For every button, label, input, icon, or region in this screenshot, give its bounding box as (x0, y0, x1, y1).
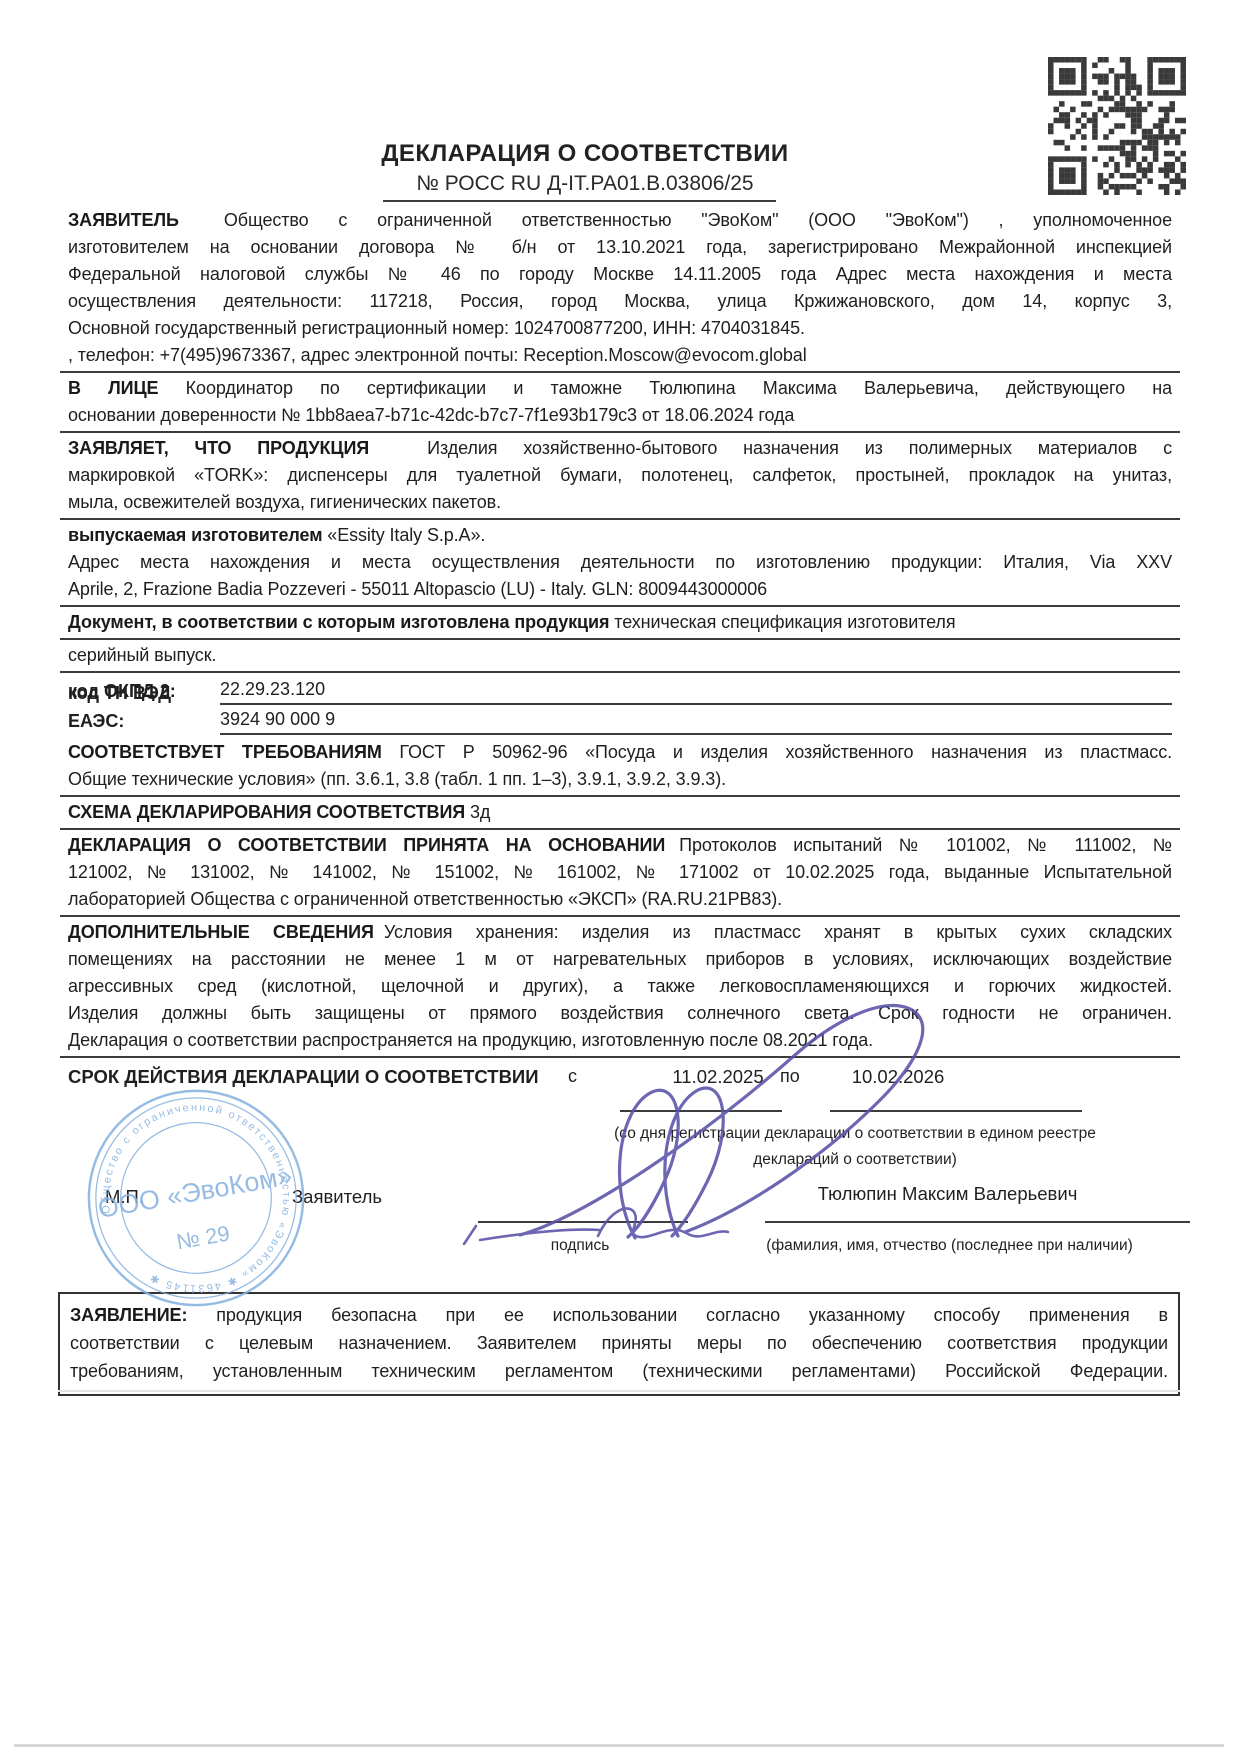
text-line: СООТВЕТСТВУЕТ ТРЕБОВАНИЯМ ГОСТ Р 50962-9… (68, 739, 1172, 766)
section-basis: ДЕКЛАРАЦИЯ О СООТВЕТСТВИИ ПРИНЯТА НА ОСН… (60, 828, 1180, 915)
text-line: маркировкой «TORK»: диспенсеры для туале… (68, 462, 1172, 489)
declaration-number-underline (383, 200, 776, 202)
statement-box-scan-echo (58, 1390, 1180, 1392)
signature-big-loop (520, 1006, 923, 1235)
text-line: ДОПОЛНИТЕЛЬНЫЕ СВЕДЕНИЯУсловия хранения:… (68, 919, 1172, 946)
text-line: требованиям, установленным техническим р… (70, 1357, 1168, 1385)
text-line: ДЕКЛАРАЦИЯ О СООТВЕТСТВИИ ПРИНЯТА НА ОСН… (68, 832, 1172, 859)
section-person: В ЛИЦЕ Координатор по сертификации и там… (60, 371, 1180, 431)
text-line: , телефон: +7(495)9673367, адрес электро… (68, 342, 1172, 369)
section-manufacturer: выпускаемая изготовителем «Essity Italy … (60, 518, 1180, 605)
text-line: ЗАЯВИТЕЛЬОбщество с ограниченной ответст… (68, 207, 1172, 234)
code-row: код ОКПД 2:22.29.23.120 (68, 675, 1172, 705)
stamp-center-text: ООО «ЭвоКом» (96, 1160, 295, 1224)
section-product: ЗАЯВЛЯЕТ, ЧТО ПРОДУКЦИЯИзделия хозяйстве… (60, 431, 1180, 518)
text-line: Документ, в соответствии с которым изгот… (68, 609, 1172, 636)
stamp-number: № 29 (174, 1221, 231, 1255)
text-line: Адрес места нахождения и места осуществл… (68, 549, 1172, 576)
text-line: осуществления деятельности: 117218, Росс… (68, 288, 1172, 315)
text-line: Федеральной налоговой службы № 46 по гор… (68, 261, 1172, 288)
text-line: лабораторией Общества с ограниченной отв… (68, 886, 1172, 913)
text-line: СХЕМА ДЕКЛАРИРОВАНИЯ СООТВЕТСТВИЯ 3д (68, 799, 1172, 826)
declaration-page: ДЕКЛАРАЦИЯ О СООТВЕТСТВИИ № РОСС RU Д-IT… (0, 0, 1240, 1754)
company-stamp: Общество с ограниченной ответственностью… (64, 1066, 328, 1330)
declaration-number: № РОСС RU Д-IT.РА01.В.03806/25 (0, 172, 1170, 196)
text-line: основании доверенности № 1bb8aea7-b71c-4… (68, 402, 1172, 429)
text-line: В ЛИЦЕ Координатор по сертификации и там… (68, 375, 1172, 402)
document-body: ЗАЯВИТЕЛЬОбщество с ограниченной ответст… (60, 205, 1180, 1058)
text-line: агрессивных сред (кислотной, щелочной и … (68, 973, 1172, 1000)
section-applicant: ЗАЯВИТЕЛЬОбщество с ограниченной ответст… (60, 205, 1180, 371)
section-serial: серийный выпуск. (60, 638, 1180, 671)
text-line: изготовителем на основании договора № б/… (68, 234, 1172, 261)
code-value: 22.29.23.120 (220, 675, 1172, 705)
section-scheme: СХЕМА ДЕКЛАРИРОВАНИЯ СООТВЕТСТВИЯ 3д (60, 795, 1180, 828)
text-line: мыла, освежителей воздуха, гигиенических… (68, 489, 1172, 516)
text-line: 121002, № 131002, № 141002, № 151002, № … (68, 859, 1172, 886)
text-line: помещениях на расстоянии не менее 1 м от… (68, 946, 1172, 973)
signature-lead-tick (464, 1226, 476, 1244)
section-document-basis: Документ, в соответствии с которым изгот… (60, 605, 1180, 638)
text-line: выпускаемая изготовителем «Essity Italy … (68, 522, 1172, 549)
text-line: соответствии с целевым назначением. Заяв… (70, 1329, 1168, 1357)
code-row: код ТН ВЭД ЕАЭС:3924 90 000 9 (68, 705, 1172, 735)
text-line: Общие технические условия» (пп. 3.6.1, 3… (68, 766, 1172, 793)
document-title: ДЕКЛАРАЦИЯ О СООТВЕТСТВИИ (0, 140, 1170, 168)
text-line: Aprile, 2, Frazione Badia Pozzeveri - 55… (68, 576, 1172, 603)
section-requirements: СООТВЕТСТВУЕТ ТРЕБОВАНИЯМ ГОСТ Р 50962-9… (60, 737, 1180, 795)
text-line: серийный выпуск. (68, 642, 1172, 669)
document-header: ДЕКЛАРАЦИЯ О СООТВЕТСТВИИ № РОСС RU Д-IT… (0, 140, 1170, 196)
page-bottom-edge (14, 1744, 1224, 1747)
code-label: код ТН ВЭД ЕАЭС: (68, 679, 220, 735)
text-line: ЗАЯВЛЯЕТ, ЧТО ПРОДУКЦИЯИзделия хозяйстве… (68, 435, 1172, 462)
code-value: 3924 90 000 9 (220, 705, 1172, 735)
handwritten-signature (450, 1000, 1000, 1245)
section-codes: код ОКПД 2:22.29.23.120код ТН ВЭД ЕАЭС:3… (60, 671, 1180, 737)
text-line: Основной государственный регистрационный… (68, 315, 1172, 342)
